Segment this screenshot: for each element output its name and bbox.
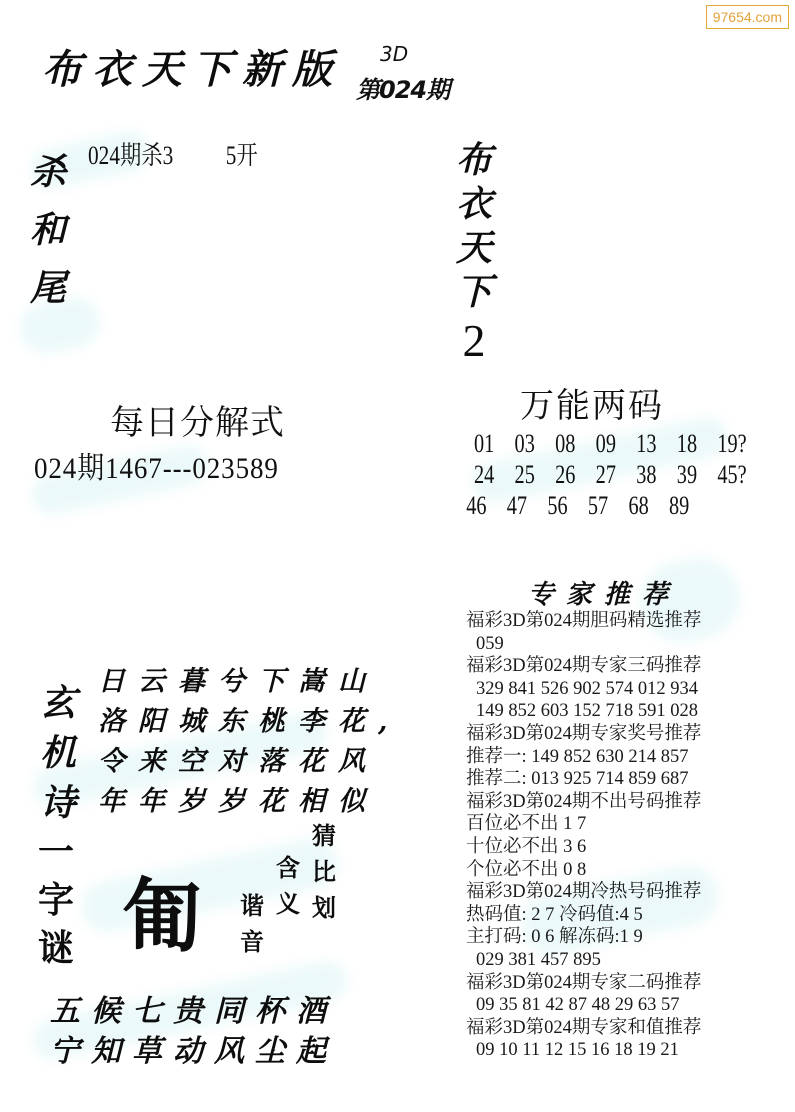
universal-two-codes-grid: 01030809131819? 24252627383945? 46475657… bbox=[474, 428, 758, 521]
page-title: 布衣天下新版 bbox=[42, 38, 342, 95]
kill-tail-left: 024期杀3 bbox=[88, 141, 173, 170]
couplet: 五候七贵同杯酒 宁知草动风尘起 bbox=[50, 992, 337, 1072]
buyi-vertical: 布 衣 天 下 2 bbox=[456, 138, 492, 368]
couplet-line: 五候七贵同杯酒 bbox=[50, 992, 337, 1032]
section-line: 09 10 11 12 15 16 18 19 21 bbox=[466, 1039, 701, 1062]
watermark-tint bbox=[78, 834, 343, 937]
poem-line: 日云暮兮下嵩山 bbox=[98, 662, 400, 702]
section-heading: 福彩3D第024期专家和值推荐 bbox=[466, 1017, 701, 1040]
section-line: 149 852 603 152 718 591 028 bbox=[466, 700, 701, 723]
mystic-poem-label: 玄 机 诗 bbox=[40, 678, 76, 828]
site-watermark-badge: 97654.com bbox=[706, 5, 789, 29]
riddle-hint: 含义 bbox=[276, 850, 300, 922]
riddle-hint: 猜比划 bbox=[312, 818, 336, 926]
poem-line: 年年岁岁花相似 bbox=[98, 782, 400, 822]
buyi-number: 2 bbox=[463, 314, 486, 368]
kill-tail-right: 5开 bbox=[226, 141, 258, 170]
section-heading: 福彩3D第024期冷热号码推荐 bbox=[466, 881, 701, 904]
riddle-character: 匍 bbox=[122, 852, 202, 967]
game-label: 3D bbox=[380, 42, 408, 66]
section-line: 十位必不出 3 6 bbox=[466, 836, 701, 859]
daily-decomposition-line: 024期1467---023589 bbox=[34, 443, 279, 487]
code-row: 464756576889 bbox=[466, 490, 758, 521]
section-line: 059 bbox=[466, 633, 701, 656]
section-line: 热码值: 2 7 冷码值:4 5 bbox=[466, 904, 701, 927]
couplet-line: 宁知草动风尘起 bbox=[50, 1032, 337, 1072]
section-heading: 福彩3D第024期专家奖号推荐 bbox=[466, 723, 701, 746]
section-line: 329 841 526 902 574 012 934 bbox=[466, 678, 701, 701]
daily-decomposition-title: 每日分解式 bbox=[110, 395, 285, 444]
issue-label: 第024期 bbox=[356, 70, 449, 105]
section-line: 推荐一: 149 852 630 214 857 bbox=[466, 746, 701, 769]
riddle-hint: 谐音 bbox=[240, 888, 264, 960]
section-line: 百位必不出 1 7 bbox=[466, 813, 701, 836]
kill-tail-line: 024期杀35开 bbox=[88, 135, 310, 172]
expert-title: 专家推荐 bbox=[528, 574, 680, 611]
code-row: 24252627383945? bbox=[474, 459, 758, 490]
mystic-poem: 日云暮兮下嵩山 洛阳城东桃李花, 令来空对落花风 年年岁岁花相似 bbox=[98, 662, 400, 822]
section-line: 09 35 81 42 87 48 29 63 57 bbox=[466, 994, 701, 1017]
code-row: 01030809131819? bbox=[474, 428, 758, 459]
kill-tail-vertical-label: 杀 和 尾 bbox=[30, 143, 66, 317]
expert-recommendations: 福彩3D第024期胆码精选推荐 059 福彩3D第024期专家三码推荐 329 … bbox=[466, 610, 701, 1062]
poem-line: 洛阳城东桃李花, bbox=[98, 702, 400, 742]
section-line: 主打码: 0 6 解冻码:1 9 bbox=[466, 926, 701, 949]
section-heading: 福彩3D第024期不出号码推荐 bbox=[466, 791, 701, 814]
section-line: 个位必不出 0 8 bbox=[466, 859, 701, 882]
section-line: 029 381 457 895 bbox=[466, 949, 701, 972]
universal-two-codes-title: 万能两码 bbox=[520, 378, 664, 427]
poem-line: 令来空对落花风 bbox=[98, 742, 400, 782]
section-heading: 福彩3D第024期专家二码推荐 bbox=[466, 972, 701, 995]
section-heading: 福彩3D第024期胆码精选推荐 bbox=[466, 610, 701, 633]
section-line: 推荐二: 013 925 714 859 687 bbox=[466, 768, 701, 791]
section-heading: 福彩3D第024期专家三码推荐 bbox=[466, 655, 701, 678]
riddle-label: 一 字 谜 bbox=[38, 828, 74, 972]
